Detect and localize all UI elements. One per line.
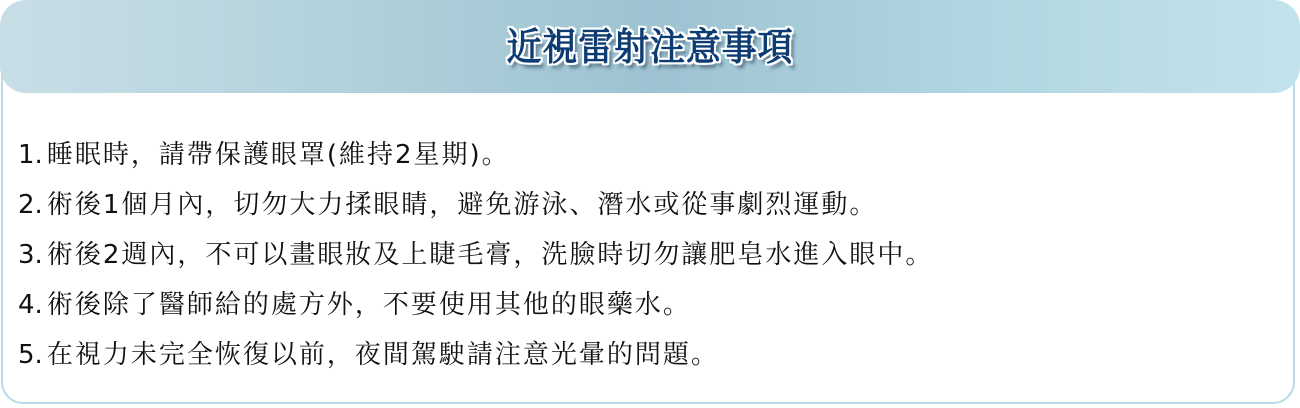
item-number: 3.: [18, 230, 43, 280]
item-number: 4.: [18, 280, 43, 330]
list-item: 1. 睡眠時，請帶保護眼罩(維持2星期)。: [18, 130, 933, 180]
item-text: 術後2週內，不可以畫眼妝及上睫毛膏，洗臉時切勿讓肥皂水進入眼中。: [47, 230, 934, 280]
item-text: 術後1個月內，切勿大力揉眼睛，避免游泳、潛水或從事劇烈運動。: [47, 180, 878, 230]
item-text: 在視力未完全恢復以前，夜間駕駛請注意光暈的問題。: [47, 330, 719, 380]
list-item: 2. 術後1個月內，切勿大力揉眼睛，避免游泳、潛水或從事劇烈運動。: [18, 180, 933, 230]
list-item: 4. 術後除了醫師給的處方外，不要使用其他的眼藥水。: [18, 280, 933, 330]
item-number: 1.: [18, 130, 43, 180]
item-text: 術後除了醫師給的處方外，不要使用其他的眼藥水。: [47, 280, 691, 330]
precautions-list: 1. 睡眠時，請帶保護眼罩(維持2星期)。 2. 術後1個月內，切勿大力揉眼睛，…: [18, 130, 933, 380]
item-text: 睡眠時，請帶保護眼罩(維持2星期)。: [47, 130, 510, 180]
list-item: 5. 在視力未完全恢復以前，夜間駕駛請注意光暈的問題。: [18, 330, 933, 380]
list-item: 3. 術後2週內，不可以畫眼妝及上睫毛膏，洗臉時切勿讓肥皂水進入眼中。: [18, 230, 933, 280]
item-number: 5.: [18, 330, 43, 380]
header-banner: 近視雷射注意事項: [0, 0, 1300, 93]
page-title: 近視雷射注意事項: [506, 16, 793, 71]
item-number: 2.: [18, 180, 43, 230]
